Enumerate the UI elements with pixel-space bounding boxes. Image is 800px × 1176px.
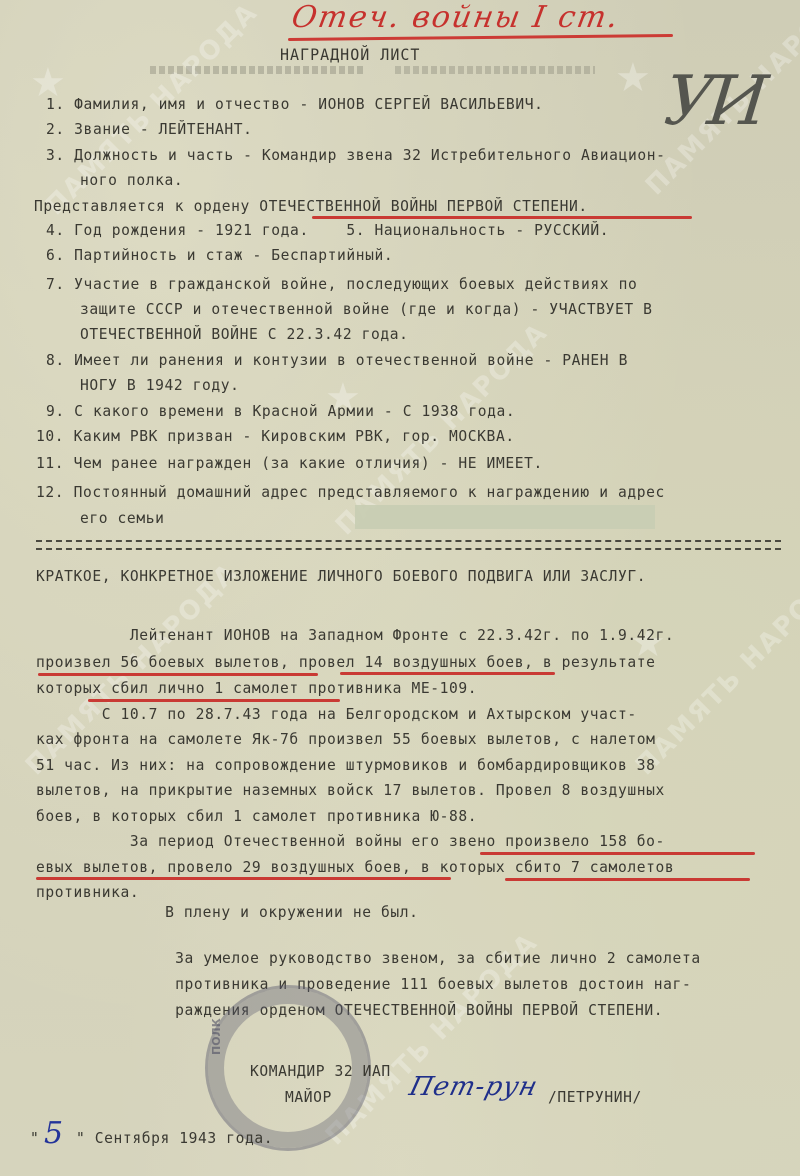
item-11: 11. Чем ранее награжден (за какие отличи… (36, 455, 543, 473)
item-9: 9. С какого времени в Красной Армии - С … (46, 403, 515, 421)
faded-subtitle (395, 66, 595, 74)
item-7-cont: защите СССР и отечественной войне (где и… (80, 301, 653, 319)
item-12: 12. Постоянный домашний адрес представля… (36, 484, 665, 502)
signatory-position: КОМАНДИР 32 ИАП (250, 1063, 391, 1081)
item-3: 3. Должность и часть - Командир звена 32… (46, 147, 666, 165)
pencil-resolution-mark: УИ (661, 62, 766, 141)
body-line: которых сбил лично 1 самолет противника … (36, 680, 477, 698)
date-line: " Сентября 1943 года. (76, 1130, 273, 1148)
item-8-cont: НОГУ В 1942 году. (80, 377, 240, 395)
award-name: ОТЕЧЕСТВЕННОЙ ВОЙНЫ ПЕРВОЙ СТЕПЕНИ (259, 198, 578, 216)
red-underline (480, 852, 755, 855)
date-day-handwritten: 5 (44, 1116, 63, 1151)
body-line: 51 час. Из них: на сопровождение штурмов… (36, 757, 656, 775)
item-7: 7. Участие в гражданской войне, последую… (46, 276, 637, 294)
body-line: Лейтенант ИОНОВ на Западном Фронте с 22.… (36, 627, 674, 645)
item-7-cont: ОТЕЧЕСТВЕННОЙ ВОЙНЕ С 22.3.42 года. (80, 326, 409, 344)
section-heading: КРАТКОЕ, КОНКРЕТНОЕ ИЗЛОЖЕНИЕ ЛИЧНОГО БО… (36, 568, 646, 586)
document-title: НАГРАДНОЙ ЛИСТ (280, 46, 420, 65)
body-line: За период Отечественной войны его звено … (36, 833, 665, 851)
red-underline (288, 34, 673, 41)
item-1: 1. Фамилия, имя и отчество - ИОНОВ СЕРГЕ… (46, 96, 543, 114)
signatory-rank: МАЙОР (285, 1089, 332, 1107)
item-8: 8. Имеет ли ранения и контузии в отечест… (46, 352, 628, 370)
red-underline (88, 699, 340, 702)
item-2: 2. Звание - ЛЕЙТЕНАНТ. (46, 121, 253, 139)
body-line: произвел 56 боевых вылетов, провел 14 во… (36, 654, 656, 672)
redacted-address (355, 505, 655, 529)
stamp-text: ПОЛК (210, 1018, 223, 1055)
faded-subtitle (150, 66, 365, 74)
signatory-name: /ПЕТРУНИН/ (548, 1089, 642, 1107)
item-12-cont: его семьи (80, 510, 164, 528)
item-4-5: 4. Год рождения - 1921 года. 5. Национал… (46, 222, 609, 240)
watermark-star-icon: ★ (615, 55, 651, 101)
separator-line (36, 540, 781, 550)
body-line: боев, в которых сбил 1 самолет противник… (36, 808, 477, 826)
red-underline (36, 877, 451, 880)
item-6: 6. Партийность и стаж - Беспартийный. (46, 247, 393, 265)
body-line: раждения орденом ОТЕЧЕСТВЕННОЙ ВОЙНЫ ПЕР… (100, 1002, 663, 1020)
red-underline (312, 216, 692, 219)
body-line: евых вылетов, провело 29 воздушных боев,… (36, 859, 674, 877)
body-line: ках фронта на самолете Як-7б произвел 55… (36, 731, 656, 749)
award-document: ★ ПАМЯТЬ НАРОДА ★ ПАМЯТЬ НАРОДА ★ ПАМЯТЬ… (0, 0, 800, 1176)
body-line: За умелое руководство звеном, за сбитие … (100, 950, 701, 968)
red-underline (505, 878, 750, 881)
award-nomination: Представляется к ордену ОТЕЧЕСТВЕННОЙ ВО… (34, 198, 588, 216)
item-10: 10. Каким РВК призван - Кировским РВК, г… (36, 428, 515, 446)
body-line: противника и проведение 111 боевых вылет… (100, 976, 691, 994)
body-line: вылетов, на прикрытие наземных войск 17 … (36, 782, 665, 800)
body-line: В плену и окружении не был. (90, 904, 419, 922)
red-underline (38, 673, 318, 676)
date-open-quote: " (30, 1130, 39, 1148)
handwritten-signature: Пет-рун (406, 1072, 541, 1102)
watermark: ПАМЯТЬ НАРОДА (630, 557, 800, 781)
red-underline (340, 672, 555, 675)
body-line: противника. (36, 884, 139, 902)
item-3-cont: ного полка. (80, 172, 183, 190)
handwritten-award-note: Отеч. войны I ст. (289, 0, 622, 35)
body-line: С 10.7 по 28.7.43 года на Белгородском и… (36, 706, 637, 724)
